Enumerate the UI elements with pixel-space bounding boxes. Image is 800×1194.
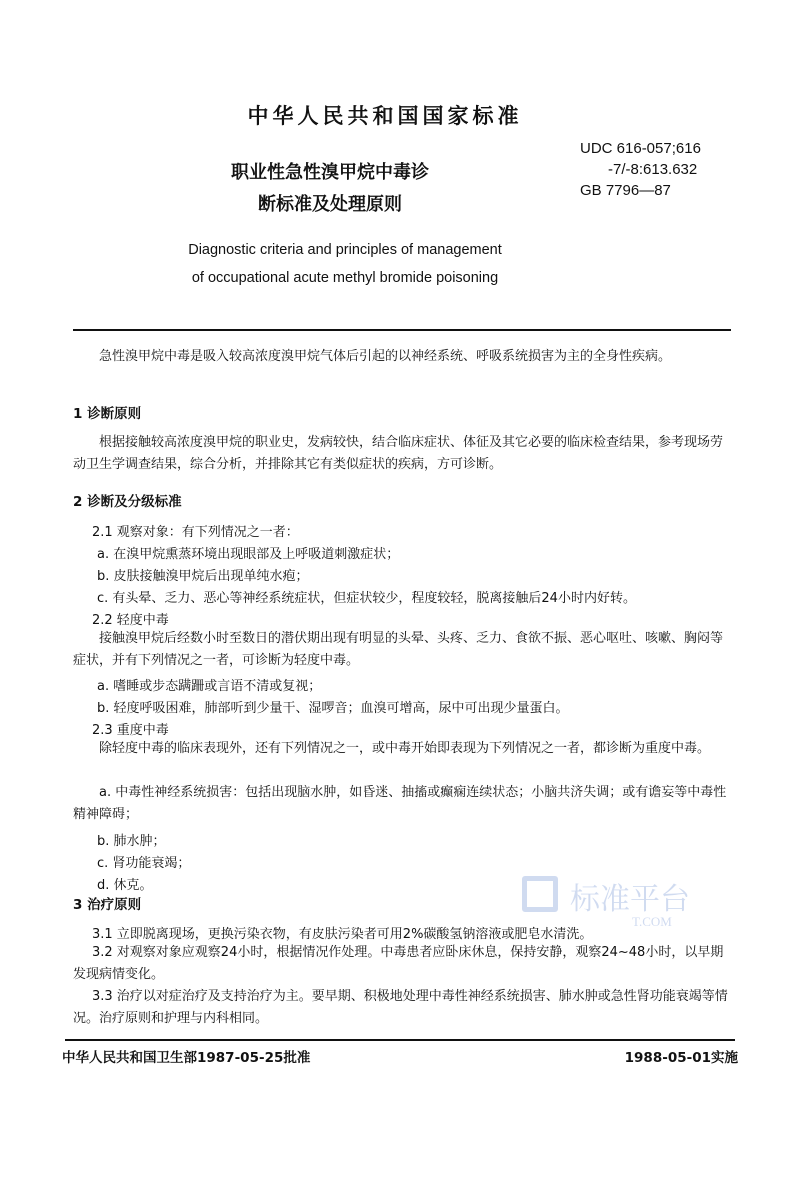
section-2-3-item-b: b. 肺水肿；	[97, 830, 166, 849]
document-title: 职业性急性溴甲烷中毒诊 断标准及处理原则	[200, 157, 460, 221]
section-2-3-item-a: a. 中毒性神经系统损害：包括出现脑水肿，如昏迷、抽搐或癫痫连续状态；小脑共济失…	[73, 782, 733, 826]
header-divider	[73, 329, 731, 331]
gb-code: GB 7796—87	[580, 180, 701, 201]
footer-divider	[65, 1039, 735, 1041]
section-2-3-heading: 2.3 重度中毒	[92, 719, 169, 738]
section-2-2-item-b: b. 轻度呼吸困难，肺部听到少量干、湿啰音；血溴可增高，尿中可出现少量蛋白。	[97, 697, 569, 716]
title-line-1: 职业性急性溴甲烷中毒诊	[200, 157, 460, 189]
section-3-1: 3.1 立即脱离现场，更换污染衣物，有皮肤污染者可用2%碳酸氢钠溶液或肥皂水清洗…	[92, 923, 592, 942]
national-standard-header: 中华人民共和国国家标准	[0, 100, 800, 130]
watermark-text: 标准平台	[570, 874, 690, 918]
title-line-2: 断标准及处理原则	[200, 189, 460, 221]
section-3-3: 3.3 治疗以对症治疗及支持治疗为主。要早期、积极地处理中毒性神经系统损害、肺水…	[73, 986, 733, 1030]
english-title: Diagnostic criteria and principles of ma…	[150, 236, 540, 292]
intro-paragraph: 急性溴甲烷中毒是吸入较高浓度溴甲烷气体后引起的以神经系统、呼吸系统损害为主的全身…	[73, 346, 733, 368]
section-2-2-item-a: a. 嗜睡或步态蹒跚或言语不清或复视；	[97, 675, 321, 694]
section-2-heading: 2 诊断及分级标准	[73, 490, 182, 510]
section-1-body: 根据接触较高浓度溴甲烷的职业史，发病较快，结合临床症状、体征及其它必要的临床检查…	[73, 432, 733, 476]
approval-date: 中华人民共和国卫生部1987-05-25批准	[62, 1046, 310, 1066]
national-standard-text: 中华人民共和国国家标准	[248, 100, 523, 130]
section-2-2-body: 接触溴甲烷后经数小时至数日的潜伏期出现有明显的头晕、头疼、乏力、食欲不振、恶心呕…	[73, 628, 733, 672]
watermark-logo-icon	[522, 876, 558, 912]
section-2-1-heading: 2.1 观察对象：有下列情况之一者：	[92, 521, 299, 540]
section-2-3-body: 除轻度中毒的临床表现外，还有下列情况之一，或中毒开始即表现为下列情况之一者，都诊…	[73, 738, 733, 760]
section-2-1-item-a: a. 在溴甲烷熏蒸环境出现眼部及上呼吸道刺激症状；	[97, 543, 399, 562]
udc-code-line1: UDC 616-057;616	[580, 138, 701, 159]
section-3-2: 3.2 对观察对象应观察24小时，根据情况作处理。中毒患者应卧床休息，保持安静，…	[73, 942, 733, 986]
section-2-3-item-c: c. 肾功能衰竭；	[97, 852, 190, 871]
effective-date: 1988-05-01实施	[625, 1046, 738, 1066]
section-2-1-item-c: c. 有头晕、乏力、恶心等神经系统症状，但症状较少，程度较轻，脱离接触后24小时…	[97, 587, 636, 606]
section-1-heading: 1 诊断原则	[73, 402, 141, 422]
watermark-subtext: T.COM	[632, 914, 672, 930]
section-3-heading: 3 治疗原则	[73, 893, 141, 913]
section-2-2-heading: 2.2 轻度中毒	[92, 609, 169, 628]
classification-codes: UDC 616-057;616 -7/-8:613.632 GB 7796—87	[580, 138, 701, 201]
section-2-3-item-d: d. 休克。	[97, 874, 153, 893]
udc-code-line2: -7/-8:613.632	[580, 159, 701, 180]
english-title-line1: Diagnostic criteria and principles of ma…	[150, 236, 540, 264]
english-title-line2: of occupational acute methyl bromide poi…	[150, 264, 540, 292]
section-2-1-item-b: b. 皮肤接触溴甲烷后出现单纯水疱；	[97, 565, 309, 584]
